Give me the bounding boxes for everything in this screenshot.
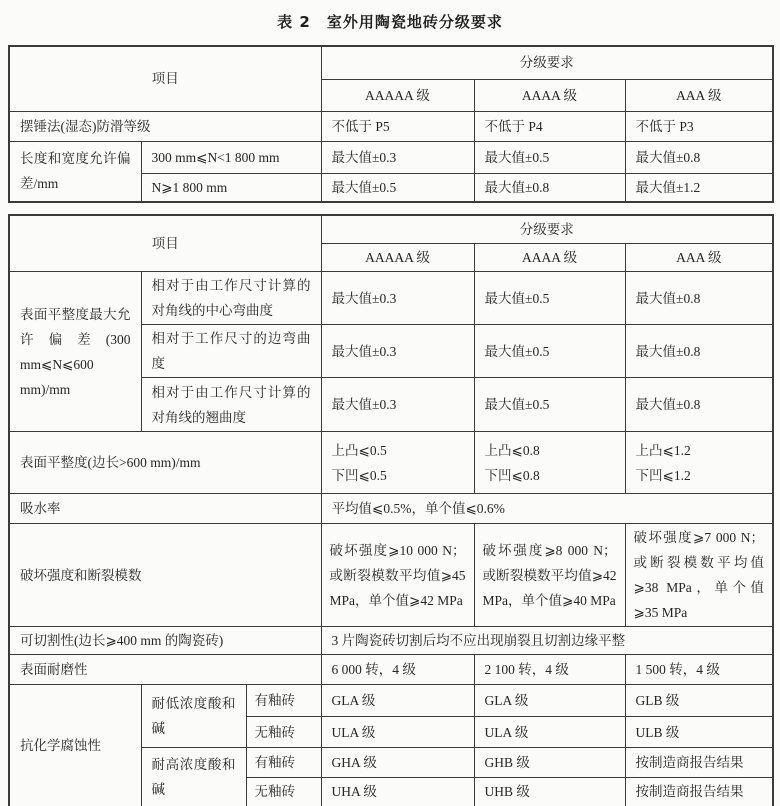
spec-cell-size-range: N⩾1 800 mm (141, 173, 321, 202)
header-grade-aaa: AAA 级 (625, 79, 773, 111)
value-cell-chem-low-glazed-aaaaa: GLA 级 (321, 685, 474, 717)
value-cell-chem-high-unglazed-aaa: 按制造商报告结果 (625, 778, 773, 806)
value-cell-warp-aaaa: 最大值±0.5 (474, 378, 625, 432)
value-cell-center-aaa: 最大值±0.8 (625, 272, 773, 325)
convex-limit: 上凸⩽1.2 (636, 438, 763, 463)
value-cell-dim2-aaa: 最大值±1.2 (625, 173, 773, 202)
value-cell-dim2-aaaaa: 最大值±0.5 (321, 173, 474, 202)
row-label-flatness-max-deviation: 表面平整度最大允许偏差(300 mm⩽N⩽600 mm)/mm (9, 272, 141, 432)
row-label-pendulum-slip: 摆锤法(湿态)防滑等级 (9, 111, 321, 141)
spec-cell-warpage: 相对于由工作尺寸计算的对角线的翘曲度 (141, 378, 321, 432)
convex-limit: 上凸⩽0.8 (485, 438, 615, 463)
tile-type-glazed: 有釉砖 (246, 748, 321, 778)
concave-limit: 下凹⩽1.2 (636, 463, 763, 488)
chem-group-high-concentration: 耐高浓度酸和碱 (141, 748, 246, 806)
row-label-abrasion-resistance: 表面耐磨性 (9, 655, 321, 685)
value-cell-dim2-aaaa: 最大值±0.8 (474, 173, 625, 202)
value-cell-chem-low-glazed-aaaa: GLA 级 (474, 685, 625, 717)
value-cell-slip-aaa: 不低于 P3 (625, 111, 773, 141)
value-cell-flat600-aaaa: 上凸⩽0.8 下凹⩽0.8 (474, 432, 625, 494)
header-item: 项目 (9, 46, 321, 111)
row-label-chemical-resistance: 抗化学腐蚀性 (9, 685, 141, 806)
header-grade-aaaa: AAAA 级 (474, 244, 625, 272)
value-cell-strength-aaaa: 破坏强度⩾8 000 N；或断裂模数平均值⩾42 MPa，单个值⩾40 MPa (474, 524, 625, 627)
header-grade-aaaaa: AAAAA 级 (321, 79, 474, 111)
row-label-breaking-strength: 破坏强度和断裂模数 (9, 524, 321, 627)
header-grade-aaaaa: AAAAA 级 (321, 244, 474, 272)
value-cell-chem-low-unglazed-aaaa: ULA 级 (474, 717, 625, 748)
concave-limit: 下凹⩽0.5 (332, 463, 464, 488)
spec-cell-edge-curvature: 相对于工作尺寸的边弯曲度 (141, 325, 321, 378)
spec-cell-size-range: 300 mm⩽N<1 800 mm (141, 141, 321, 173)
convex-limit: 上凸⩽0.5 (332, 438, 464, 463)
row-label-cuttability: 可切割性(边长⩾400 mm 的陶瓷砖) (9, 627, 321, 655)
header-grading-requirements: 分级要求 (321, 215, 773, 244)
lower-table: 项目 分级要求 AAAAA 级 AAAA 级 AAA 级 表面平整度最大允许偏差… (8, 214, 774, 806)
value-cell-center-aaaaa: 最大值±0.3 (321, 272, 474, 325)
value-cell-chem-low-glazed-aaa: GLB 级 (625, 685, 773, 717)
value-cell-chem-high-unglazed-aaaaa: UHA 级 (321, 778, 474, 806)
header-grading-requirements: 分级要求 (321, 46, 773, 79)
value-cell-flat600-aaaaa: 上凸⩽0.5 下凹⩽0.5 (321, 432, 474, 494)
document-page: 表 2 室外用陶瓷地砖分级要求 项目 分级要求 AAAAA 级 AAAA 级 A… (0, 0, 780, 806)
header-grade-aaa: AAA 级 (625, 244, 773, 272)
value-cell-abrasion-aaaaa: 6 000 转，4 级 (321, 655, 474, 685)
value-cell-cuttability: 3 片陶瓷砖切割后均不应出现崩裂且切割边缘平整 (321, 627, 773, 655)
value-cell-strength-aaaaa: 破坏强度⩾10 000 N；或断裂模数平均值⩾45 MPa，单个值⩾42 MPa (321, 524, 474, 627)
header-grade-aaaa: AAAA 级 (474, 79, 625, 111)
value-cell-edge-aaaa: 最大值±0.5 (474, 325, 625, 378)
row-label-flatness-over-600: 表面平整度(边长>600 mm)/mm (9, 432, 321, 494)
value-cell-chem-high-glazed-aaaa: GHB 级 (474, 748, 625, 778)
value-cell-chem-high-glazed-aaa: 按制造商报告结果 (625, 748, 773, 778)
value-cell-dim1-aaaa: 最大值±0.5 (474, 141, 625, 173)
value-cell-warp-aaaaa: 最大值±0.3 (321, 378, 474, 432)
value-cell-chem-low-unglazed-aaa: ULB 级 (625, 717, 773, 748)
spec-cell-center-curvature: 相对于由工作尺寸计算的对角线的中心弯曲度 (141, 272, 321, 325)
value-cell-dim1-aaaaa: 最大值±0.3 (321, 141, 474, 173)
value-cell-abrasion-aaaa: 2 100 转，4 级 (474, 655, 625, 685)
value-cell-abrasion-aaa: 1 500 转，4 级 (625, 655, 773, 685)
tile-type-unglazed: 无釉砖 (246, 717, 321, 748)
value-cell-chem-high-unglazed-aaaa: UHB 级 (474, 778, 625, 806)
chem-group-low-concentration: 耐低浓度酸和碱 (141, 685, 246, 748)
header-item: 项目 (9, 215, 321, 272)
concave-limit: 下凹⩽0.8 (485, 463, 615, 488)
value-cell-slip-aaaaa: 不低于 P5 (321, 111, 474, 141)
value-cell-water-absorption: 平均值⩽0.5%，单个值⩽0.6% (321, 494, 773, 524)
tile-type-glazed: 有釉砖 (246, 685, 321, 717)
value-cell-slip-aaaa: 不低于 P4 (474, 111, 625, 141)
value-cell-flat600-aaa: 上凸⩽1.2 下凹⩽1.2 (625, 432, 773, 494)
value-cell-warp-aaa: 最大值±0.8 (625, 378, 773, 432)
row-label-dimension-tolerance: 长度和宽度允许偏差/mm (9, 141, 141, 202)
table-caption: 表 2 室外用陶瓷地砖分级要求 (0, 0, 780, 32)
value-cell-chem-high-glazed-aaaaa: GHA 级 (321, 748, 474, 778)
value-cell-edge-aaa: 最大值±0.8 (625, 325, 773, 378)
value-cell-edge-aaaaa: 最大值±0.3 (321, 325, 474, 378)
value-cell-dim1-aaa: 最大值±0.8 (625, 141, 773, 173)
value-cell-chem-low-unglazed-aaaaa: ULA 级 (321, 717, 474, 748)
value-cell-strength-aaa: 破坏强度⩾7 000 N；或断裂模数平均值⩾38 MPa，单个值⩾35 MPa (625, 524, 773, 627)
row-label-water-absorption: 吸水率 (9, 494, 321, 524)
upper-table: 项目 分级要求 AAAAA 级 AAAA 级 AAA 级 摆锤法(湿态)防滑等级… (8, 45, 774, 203)
value-cell-center-aaaa: 最大值±0.5 (474, 272, 625, 325)
tile-type-unglazed: 无釉砖 (246, 778, 321, 806)
